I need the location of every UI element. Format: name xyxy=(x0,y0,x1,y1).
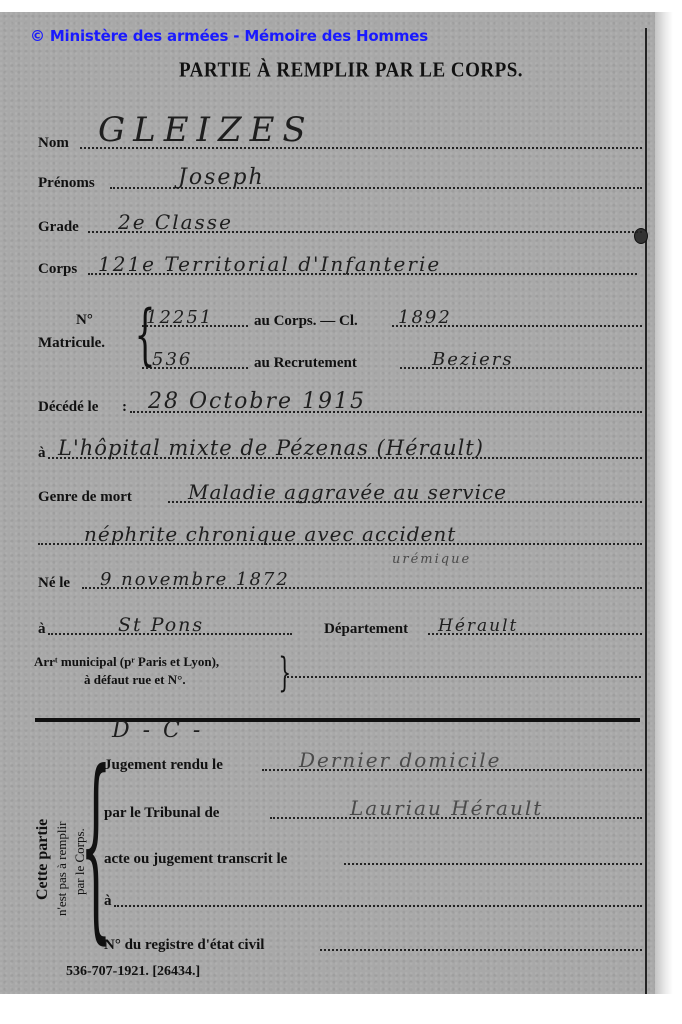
value-matricule-corps: 12251 xyxy=(146,307,213,328)
field-genre-de-mort: Genre de mort Maladie aggravée au servic… xyxy=(38,480,642,506)
value-lieu-naissance: St Pons xyxy=(118,614,204,636)
print-reference: 536-707-1921. [26434.] xyxy=(66,964,200,980)
field-lieu-naissance: à St Pons Département Hérault xyxy=(38,612,642,638)
annotation-dc: D - C - xyxy=(112,718,203,743)
value-prenoms: Joseph xyxy=(178,165,265,190)
value-classe: 1892 xyxy=(398,307,452,328)
field-registre: N° du registre d'état civil xyxy=(104,928,642,954)
value-genre-de-mort-2: néphrite chronique avec accident xyxy=(84,522,456,546)
label-a-lieu: à xyxy=(104,893,112,910)
frame-border xyxy=(645,28,647,994)
field-lieu-deces: à L'hôpital mixte de Pézenas (Hérault) xyxy=(38,436,642,462)
brace-icon: } xyxy=(278,650,291,696)
label-a-naissance: à xyxy=(38,621,46,638)
label-departement: Département xyxy=(324,621,408,638)
label-transcrit-le: acte ou jugement transcrit le xyxy=(104,851,287,868)
value-genre-de-mort-3: urémique xyxy=(392,552,471,567)
label-genre-de-mort: Genre de mort xyxy=(38,489,132,506)
label-tribunal: par le Tribunal de xyxy=(104,805,219,822)
label-corps: Corps xyxy=(38,261,77,278)
dotted-line xyxy=(114,905,642,907)
field-ne-le: Né le 9 novembre 1872 xyxy=(38,566,642,592)
field-grade: Grade 2e Classe xyxy=(38,210,642,236)
label-registre: N° du registre d'état civil xyxy=(104,937,264,954)
label-colon: : xyxy=(122,399,127,416)
side-note-line-1: Cette partie xyxy=(34,819,52,900)
value-corps: 121e Territorial d'Infanterie xyxy=(98,252,441,276)
side-note-line-2: n'est pas à remplir xyxy=(54,822,70,916)
label-decede-le: Décédé le xyxy=(38,399,98,416)
value-lieu-deces: L'hôpital mixte de Pézenas (Hérault) xyxy=(58,436,484,460)
value-decede-le: 28 Octobre 1915 xyxy=(148,389,366,414)
field-decede-le: Décédé le : 28 Octobre 1915 xyxy=(38,390,642,416)
dotted-line xyxy=(284,676,641,678)
label-ne-le: Né le xyxy=(38,575,70,592)
copyright-watermark: © Ministère des armées - Mémoire des Hom… xyxy=(30,27,428,45)
value-tribunal: Lauriau Hérault xyxy=(350,796,543,820)
value-nom: GLEIZES xyxy=(98,110,314,150)
label-prenoms: Prénoms xyxy=(38,175,95,192)
value-jugement-rendu: Dernier domicile xyxy=(299,748,502,772)
form-title: PARTIE À REMPLIR PAR LE CORPS. xyxy=(0,59,682,83)
value-recrutement: Beziers xyxy=(432,349,514,370)
value-grade: 2e Classe xyxy=(118,210,233,234)
field-genre-de-mort-cont: néphrite chronique avec accident xyxy=(38,522,642,548)
field-nom: Nom GLEIZES xyxy=(38,118,642,152)
card-edge xyxy=(655,12,673,994)
value-genre-de-mort-1: Maladie aggravée au service xyxy=(188,480,507,504)
dotted-line xyxy=(344,863,642,865)
field-tribunal: par le Tribunal de Lauriau Hérault xyxy=(104,796,642,822)
matricule-recrutement-line: 536 au Recrutement Beziers xyxy=(142,346,642,372)
label-jugement-rendu: Jugement rendu le xyxy=(104,757,223,774)
field-jugement-rendu: Jugement rendu le Dernier domicile xyxy=(104,748,642,774)
value-ne-le: 9 novembre 1872 xyxy=(100,569,290,590)
matricule-corps-line: 12251 au Corps. — Cl. 1892 xyxy=(142,304,642,330)
label-nom: Nom xyxy=(38,135,69,152)
field-a-lieu: à xyxy=(104,884,642,910)
field-corps: Corps 121e Territorial d'Infanterie xyxy=(38,252,642,278)
value-matricule-recrutement: 536 xyxy=(152,349,192,370)
field-transcrit-le: acte ou jugement transcrit le xyxy=(104,842,642,868)
label-grade: Grade xyxy=(38,219,79,236)
label-au-corps: au Corps. — Cl. xyxy=(254,313,358,330)
dotted-line xyxy=(320,949,642,951)
value-departement: Hérault xyxy=(438,616,518,636)
field-prenoms: Prénoms Joseph xyxy=(38,166,642,192)
label-a: à xyxy=(38,445,46,462)
label-au-recrutement: au Recrutement xyxy=(254,355,357,372)
